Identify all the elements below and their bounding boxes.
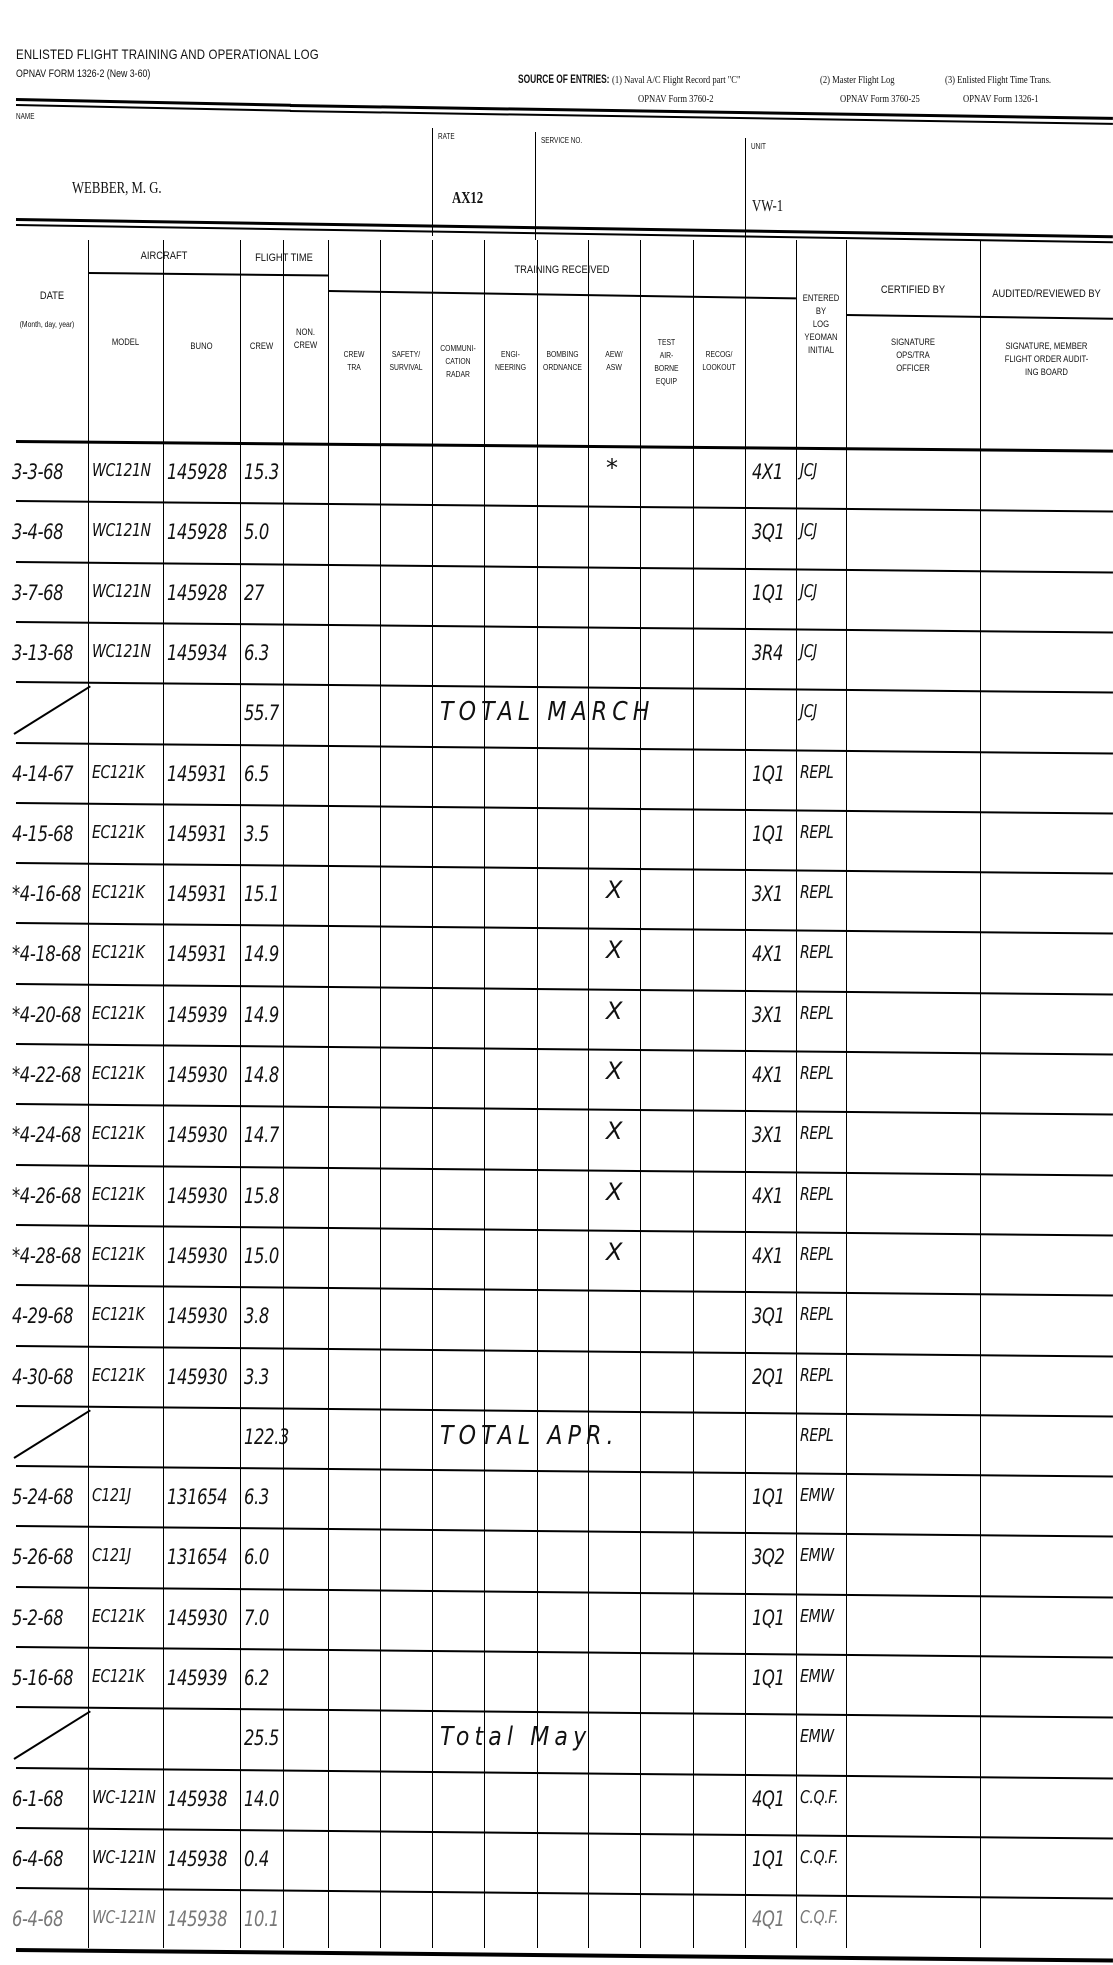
- header-subrule-training: [328, 290, 796, 299]
- model-cell: EC121K: [92, 1184, 144, 1205]
- entry-code-cell: 4Q1: [752, 1787, 785, 1811]
- total-crew-hours: 122.3: [244, 1425, 289, 1449]
- buno-cell: 131654: [167, 1485, 227, 1509]
- name-value: WEBBER, M. G.: [72, 178, 162, 198]
- header-certified-sub: SIGNATURE OPS/TRA OFFICER: [856, 336, 970, 375]
- entry-code-cell: 3X1: [752, 1123, 783, 1147]
- date-cell: *4-28-68: [12, 1244, 81, 1268]
- buno-cell: 145931: [167, 762, 227, 786]
- form-number: OPNAV FORM 1326-2 (New 3-60): [16, 68, 150, 80]
- entry-code-cell: 3Q1: [752, 520, 785, 544]
- buno-cell: 145930: [167, 1365, 227, 1389]
- crew-hours-cell: 27: [244, 581, 264, 605]
- source-2-form: OPNAV Form 3760-25: [840, 93, 920, 105]
- row-rule: [16, 742, 1113, 755]
- entry-code-cell: 4X1: [752, 1184, 783, 1208]
- entry-code-cell: 1Q1: [752, 1606, 785, 1630]
- header-training-col: CREW TRA: [332, 348, 376, 374]
- yeoman-initial: REPL: [800, 822, 833, 843]
- rate-value: AX12: [452, 188, 483, 208]
- row-rule: [16, 1887, 1113, 1900]
- total-slash-mark: [13, 1409, 90, 1458]
- date-cell: 6-4-68: [12, 1907, 63, 1931]
- yeoman-initial: REPL: [800, 1425, 833, 1446]
- yeoman-initial: REPL: [800, 1184, 833, 1205]
- entry-code-cell: 1Q1: [752, 1847, 785, 1871]
- row-rule: [16, 1284, 1113, 1297]
- entry-code-cell: 4Q1: [752, 1907, 785, 1931]
- row-rule: [16, 983, 1113, 996]
- source-1-form: OPNAV Form 3760-2: [638, 93, 713, 105]
- entry-code-cell: 4X1: [752, 1244, 783, 1268]
- unit-value: VW-1: [752, 196, 783, 216]
- date-cell: 3-3-68: [12, 460, 63, 484]
- row-rule: [16, 621, 1113, 634]
- buno-cell: 145928: [167, 520, 227, 544]
- row-rule: [16, 1164, 1113, 1177]
- model-cell: EC121K: [92, 1123, 144, 1144]
- header-entered-by: ENTERED BY LOG YEOMAN INITIAL: [800, 292, 843, 357]
- date-cell: 3-4-68: [12, 520, 63, 544]
- model-cell: WC121N: [92, 520, 151, 541]
- source-3-label: (3) Enlisted Flight Time Trans.: [945, 74, 1051, 86]
- entry-code-cell: 1Q1: [752, 581, 785, 605]
- aew-asw-mark: X: [606, 1238, 622, 1266]
- aew-asw-mark: X: [606, 1117, 622, 1145]
- crew-hours-cell: 6.3: [244, 641, 269, 665]
- source-heading: SOURCE OF ENTRIES:: [518, 72, 609, 86]
- yeoman-initial: REPL: [800, 1244, 833, 1265]
- header-audited-by: AUDITED/REVIEWED BY: [990, 288, 1103, 300]
- date-cell: 4-29-68: [12, 1304, 73, 1328]
- model-cell: C121J: [92, 1545, 131, 1566]
- buno-cell: 145939: [167, 1003, 227, 1027]
- row-rule: [16, 500, 1113, 513]
- crew-hours-cell: 15.8: [244, 1184, 279, 1208]
- crew-hours-cell: 6.2: [244, 1666, 269, 1690]
- header-training-col: RECOG/ LOOKOUT: [697, 348, 741, 374]
- column-divider: [163, 240, 164, 1948]
- buno-cell: 145930: [167, 1304, 227, 1328]
- buno-cell: 145931: [167, 942, 227, 966]
- buno-cell: 145930: [167, 1606, 227, 1630]
- date-cell: 4-15-68: [12, 822, 73, 846]
- header-training-col: BOMBING ORDNANCE: [541, 348, 584, 374]
- yeoman-initial: C.Q.F.: [800, 1847, 838, 1868]
- crew-hours-cell: 3.5: [244, 822, 269, 846]
- crew-hours-cell: 15.3: [244, 460, 279, 484]
- row-rule: [16, 1646, 1113, 1659]
- date-cell: *4-16-68: [12, 882, 81, 906]
- model-cell: EC121K: [92, 942, 144, 963]
- yeoman-initial: C.Q.F.: [800, 1907, 838, 1928]
- buno-cell: 145938: [167, 1907, 227, 1931]
- buno-cell: 145928: [167, 581, 227, 605]
- form-title: ENLISTED FLIGHT TRAINING AND OPERATIONAL…: [16, 46, 319, 62]
- date-cell: 5-2-68: [12, 1606, 63, 1630]
- row-rule: [16, 1043, 1113, 1056]
- row-rule: [16, 1345, 1113, 1358]
- crew-hours-cell: 3.8: [244, 1304, 269, 1328]
- row-rule: [16, 1767, 1113, 1780]
- row-rule: [16, 1948, 1113, 1963]
- row-rule: [16, 1586, 1113, 1599]
- header-training-received: TRAINING RECEIVED: [363, 264, 761, 276]
- buno-cell: 145934: [167, 641, 227, 665]
- header-training-col: SAFETY/ SURVIVAL: [384, 348, 428, 374]
- buno-cell: 131654: [167, 1545, 227, 1569]
- crew-hours-cell: 6.3: [244, 1485, 269, 1509]
- entry-code-cell: 1Q1: [752, 762, 785, 786]
- header-aircraft: AIRCRAFT: [99, 250, 228, 262]
- crew-hours-cell: 14.9: [244, 942, 279, 966]
- buno-cell: 145939: [167, 1666, 227, 1690]
- date-cell: 4-14-67: [12, 762, 73, 786]
- yeoman-initial: JCJ: [800, 641, 817, 662]
- row-rule: [16, 802, 1113, 815]
- yeoman-initial: REPL: [800, 942, 833, 963]
- header-date: DATE: [21, 290, 82, 302]
- buno-cell: 145928: [167, 460, 227, 484]
- yeoman-initial: JCJ: [800, 460, 817, 481]
- aew-asw-mark: X: [606, 997, 622, 1025]
- yeoman-initial: JCJ: [800, 581, 817, 602]
- column-divider: [588, 240, 589, 1948]
- entry-code-cell: 4X1: [752, 460, 783, 484]
- model-cell: WC121N: [92, 581, 151, 602]
- aew-asw-mark: X: [606, 876, 622, 904]
- model-cell: EC121K: [92, 1666, 144, 1687]
- buno-cell: 145931: [167, 882, 227, 906]
- total-crew-hours: 25.5: [244, 1726, 279, 1750]
- model-cell: WC121N: [92, 641, 151, 662]
- date-cell: *4-18-68: [12, 942, 81, 966]
- service-divider: [535, 132, 536, 240]
- model-cell: WC-121N: [92, 1787, 155, 1808]
- row-rule: [16, 922, 1113, 935]
- model-cell: WC121N: [92, 460, 151, 481]
- total-crew-hours: 55.7: [244, 701, 279, 725]
- row-rule: [16, 1706, 1113, 1719]
- crew-hours-cell: 6.5: [244, 762, 269, 786]
- entry-code-cell: 3R4: [752, 641, 783, 665]
- entry-code-cell: 3X1: [752, 882, 783, 906]
- model-cell: EC121K: [92, 762, 144, 783]
- total-note: TOTAL MARCH: [440, 697, 655, 727]
- model-cell: EC121K: [92, 1003, 144, 1024]
- column-divider: [380, 240, 381, 1948]
- entry-code-cell: 3Q2: [752, 1545, 785, 1569]
- header-flight-time: FLIGHT TIME: [247, 252, 322, 264]
- entry-code-cell: 1Q1: [752, 1666, 785, 1690]
- column-divider: [283, 240, 284, 1948]
- date-cell: *4-24-68: [12, 1123, 81, 1147]
- model-cell: WC-121N: [92, 1907, 155, 1928]
- entry-code-cell: 4X1: [752, 1063, 783, 1087]
- name-label: NAME: [16, 112, 35, 121]
- entry-code-cell: 3Q1: [752, 1304, 785, 1328]
- crew-hours-cell: 5.0: [244, 520, 269, 544]
- aew-asw-mark: X: [606, 1057, 622, 1085]
- yeoman-initial: REPL: [800, 1063, 833, 1084]
- date-cell: 5-24-68: [12, 1485, 73, 1509]
- entry-code-cell: 1Q1: [752, 822, 785, 846]
- header-model: MODEL: [94, 336, 158, 349]
- column-divider: [432, 240, 433, 1948]
- total-slash-mark: [13, 1711, 90, 1760]
- column-divider: [537, 240, 538, 1948]
- header-certified-by: CERTIFIED BY: [856, 284, 970, 296]
- aew-asw-mark: *: [606, 454, 618, 482]
- date-cell: 3-7-68: [12, 581, 63, 605]
- buno-cell: 145930: [167, 1184, 227, 1208]
- source-1-label: (1) Naval A/C Flight Record part "C": [612, 74, 741, 86]
- row-rule: [16, 1525, 1113, 1538]
- aew-asw-mark: X: [606, 1178, 622, 1206]
- crew-hours-cell: 7.0: [244, 1606, 269, 1630]
- column-divider: [240, 240, 241, 1948]
- row-rule: [16, 681, 1113, 694]
- header-date-sub: (Month, day, year): [9, 318, 86, 331]
- source-2-label: (2) Master Flight Log: [820, 74, 895, 86]
- yeoman-initial: REPL: [800, 1003, 833, 1024]
- header-training-col: AEW/ ASW: [592, 348, 636, 374]
- crew-hours-cell: 14.8: [244, 1063, 279, 1087]
- model-cell: EC121K: [92, 1365, 144, 1386]
- crew-hours-cell: 15.0: [244, 1244, 279, 1268]
- row-rule: [16, 1465, 1113, 1478]
- yeoman-initial: C.Q.F.: [800, 1787, 838, 1808]
- model-cell: EC121K: [92, 1244, 144, 1265]
- crew-hours-cell: 14.7: [244, 1123, 279, 1147]
- date-cell: 3-13-68: [12, 641, 73, 665]
- model-cell: EC121K: [92, 1606, 144, 1627]
- date-cell: 6-1-68: [12, 1787, 63, 1811]
- header-training-col: TEST AIR- BORNE EQUIP: [644, 336, 689, 388]
- buno-cell: 145930: [167, 1123, 227, 1147]
- column-divider: [640, 240, 641, 1948]
- entry-code-cell: 3X1: [752, 1003, 783, 1027]
- header-audited-sub: SIGNATURE, MEMBER FLIGHT ORDER AUDIT- IN…: [990, 340, 1103, 379]
- yeoman-initial: EMW: [800, 1606, 834, 1627]
- crew-hours-cell: 14.0: [244, 1787, 279, 1811]
- date-cell: *4-20-68: [12, 1003, 81, 1027]
- entry-code-cell: 2Q1: [752, 1365, 785, 1389]
- yeoman-initial: EMW: [800, 1545, 834, 1566]
- model-cell: C121J: [92, 1485, 131, 1506]
- column-divider: [88, 240, 89, 1948]
- yeoman-initial: REPL: [800, 762, 833, 783]
- column-divider: [980, 240, 981, 1948]
- column-divider: [484, 240, 485, 1948]
- crew-hours-cell: 10.1: [244, 1907, 279, 1931]
- yeoman-initial: REPL: [800, 882, 833, 903]
- unit-label: UNIT: [751, 142, 766, 151]
- header-bottom-rule: [16, 440, 1113, 453]
- aew-asw-mark: X: [606, 936, 622, 964]
- row-rule: [16, 1103, 1113, 1116]
- buno-cell: 145931: [167, 822, 227, 846]
- crew-hours-cell: 6.0: [244, 1545, 269, 1569]
- header-crew: CREW: [243, 340, 280, 353]
- column-divider: [745, 240, 746, 1948]
- buno-cell: 145930: [167, 1244, 227, 1268]
- unit-divider: [745, 138, 746, 242]
- date-cell: 4-30-68: [12, 1365, 73, 1389]
- yeoman-initial: EMW: [800, 1666, 834, 1687]
- service-no-label: SERVICE NO.: [541, 136, 582, 145]
- header-non-crew: NON. CREW: [286, 326, 324, 352]
- row-rule: [16, 1405, 1113, 1418]
- row-rule: [16, 1224, 1113, 1237]
- date-cell: 5-26-68: [12, 1545, 73, 1569]
- column-divider: [796, 240, 797, 1948]
- yeoman-initial: EMW: [800, 1726, 834, 1747]
- model-cell: EC121K: [92, 882, 144, 903]
- yeoman-initial: REPL: [800, 1304, 833, 1325]
- crew-hours-cell: 3.3: [244, 1365, 269, 1389]
- source-3-form: OPNAV Form 1326-1: [963, 93, 1038, 105]
- yeoman-initial: EMW: [800, 1485, 834, 1506]
- row-rule: [16, 1827, 1113, 1840]
- total-note: TOTAL APR.: [440, 1421, 619, 1451]
- rate-divider: [432, 128, 433, 236]
- yeoman-initial: REPL: [800, 1365, 833, 1386]
- entry-code-cell: 4X1: [752, 942, 783, 966]
- row-rule: [16, 862, 1113, 875]
- rate-label: RATE: [438, 132, 455, 141]
- date-cell: *4-22-68: [12, 1063, 81, 1087]
- date-cell: *4-26-68: [12, 1184, 81, 1208]
- yeoman-initial: JCJ: [800, 701, 817, 722]
- yeoman-initial: REPL: [800, 1123, 833, 1144]
- buno-cell: 145930: [167, 1063, 227, 1087]
- header-subrule: [88, 272, 328, 277]
- model-cell: EC121K: [92, 822, 144, 843]
- model-cell: EC121K: [92, 1063, 144, 1084]
- row-rule: [16, 561, 1113, 574]
- total-note: Total May: [440, 1722, 591, 1752]
- column-divider: [328, 240, 329, 1948]
- total-slash-mark: [13, 686, 90, 735]
- crew-hours-cell: 14.9: [244, 1003, 279, 1027]
- crew-hours-cell: 0.4: [244, 1847, 269, 1871]
- header-training-col: ENGI- NEERING: [488, 348, 533, 374]
- date-cell: 6-4-68: [12, 1847, 63, 1871]
- buno-cell: 145938: [167, 1847, 227, 1871]
- entry-code-cell: 1Q1: [752, 1485, 785, 1509]
- header-training-col: COMMUNI- CATION RADAR: [436, 342, 480, 381]
- model-cell: WC-121N: [92, 1847, 155, 1868]
- buno-cell: 145938: [167, 1787, 227, 1811]
- header-buno: BUNO: [169, 340, 234, 353]
- crew-hours-cell: 15.1: [244, 882, 279, 906]
- column-divider: [846, 240, 847, 1948]
- date-cell: 5-16-68: [12, 1666, 73, 1690]
- column-divider: [693, 240, 694, 1948]
- yeoman-initial: JCJ: [800, 520, 817, 541]
- model-cell: EC121K: [92, 1304, 144, 1325]
